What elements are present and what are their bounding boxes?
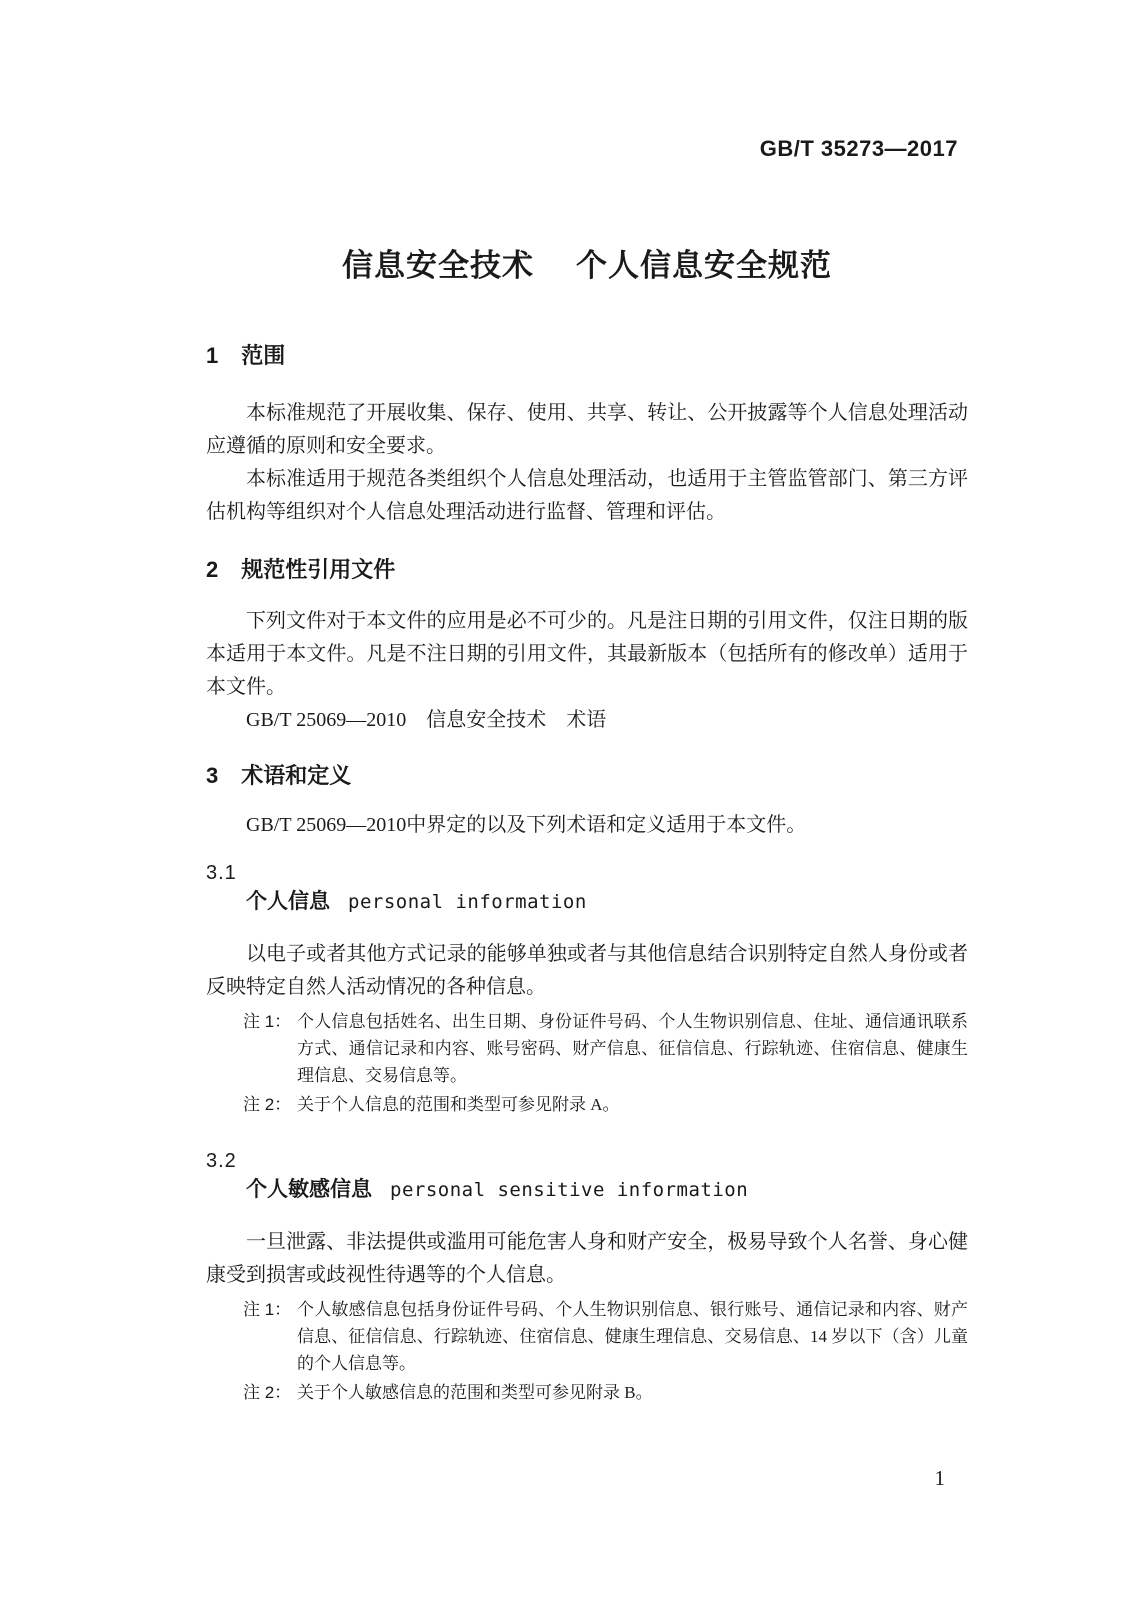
- section-1-number: 1: [206, 343, 218, 369]
- normative-reference: GB/T 25069—2010 信息安全技术 术语: [206, 704, 968, 737]
- term-3-1-note-2: 注 2：关于个人信息的范围和类型可参见附录 A。: [243, 1091, 968, 1118]
- section-1-heading: 1范围: [206, 343, 968, 369]
- note-label: 注 2：: [243, 1379, 291, 1406]
- clause-3-1-number: 3.1: [206, 860, 968, 886]
- section-2-paragraph-1: 下列文件对于本文件的应用是必不可少的。凡是注日期的引用文件，仅注日期的版本适用于…: [206, 605, 968, 704]
- note-text: 个人敏感信息包括身份证件号码、个人生物识别信息、银行账号、通信记录和内容、财产信…: [297, 1300, 968, 1373]
- page-number: 1: [935, 1466, 946, 1491]
- term-3-2-name-en: personal sensitive information: [390, 1179, 748, 1201]
- note-label: 注 2：: [243, 1091, 291, 1118]
- section-1-paragraph-2: 本标准适用于规范各类组织个人信息处理活动，也适用于主管监管部门、第三方评估机构等…: [206, 463, 968, 529]
- clause-3-2-number: 3.2: [206, 1148, 968, 1174]
- document-page: GB/T 35273—2017 信息安全技术个人信息安全规范 1范围 本标准规范…: [0, 0, 1131, 1600]
- section-3-paragraph-1: GB/T 25069—2010中界定的以及下列术语和定义适用于本文件。: [206, 809, 968, 842]
- section-1-paragraph-1: 本标准规范了开展收集、保存、使用、共享、转让、公开披露等个人信息处理活动应遵循的…: [206, 397, 968, 463]
- term-3-2-definition: 一旦泄露、非法提供或滥用可能危害人身和财产安全，极易导致个人名誉、身心健康受到损…: [206, 1226, 968, 1292]
- term-3-1-name-cn: 个人信息: [246, 890, 330, 913]
- note-label: 注 1：: [243, 1296, 291, 1323]
- note-label: 注 1：: [243, 1008, 291, 1035]
- term-3-2-title: 个人敏感信息personal sensitive information: [246, 1176, 968, 1206]
- term-3-1-definition: 以电子或者其他方式记录的能够单独或者与其他信息结合识别特定自然人身份或者反映特定…: [206, 938, 968, 1004]
- doc-title-part2: 个人信息安全规范: [576, 248, 832, 283]
- section-3-title: 术语和定义: [241, 763, 351, 788]
- term-3-2-note-1: 注 1：个人敏感信息包括身份证件号码、个人生物识别信息、银行账号、通信记录和内容…: [243, 1296, 968, 1377]
- section-3-heading: 3术语和定义: [206, 763, 968, 789]
- section-3-number: 3: [206, 763, 218, 789]
- term-3-2-note-2: 注 2：关于个人敏感信息的范围和类型可参见附录 B。: [243, 1379, 968, 1406]
- term-3-1-note-1: 注 1：个人信息包括姓名、出生日期、身份证件号码、个人生物识别信息、住址、通信通…: [243, 1008, 968, 1089]
- section-2-heading: 2规范性引用文件: [206, 557, 968, 583]
- term-3-2-name-cn: 个人敏感信息: [246, 1178, 372, 1201]
- section-2-title: 规范性引用文件: [241, 557, 395, 582]
- doc-title: 信息安全技术个人信息安全规范: [206, 247, 968, 285]
- doc-title-part1: 信息安全技术: [342, 248, 534, 283]
- section-1-title: 范围: [241, 343, 285, 368]
- doc-number: GB/T 35273—2017: [206, 137, 958, 161]
- term-3-1-title: 个人信息personal information: [246, 888, 968, 918]
- term-3-1-name-en: personal information: [348, 891, 587, 913]
- note-text: 个人信息包括姓名、出生日期、身份证件号码、个人生物识别信息、住址、通信通讯联系方…: [297, 1012, 968, 1085]
- note-text: 关于个人敏感信息的范围和类型可参见附录 B。: [297, 1383, 653, 1402]
- section-2-number: 2: [206, 557, 218, 583]
- note-text: 关于个人信息的范围和类型可参见附录 A。: [297, 1095, 620, 1114]
